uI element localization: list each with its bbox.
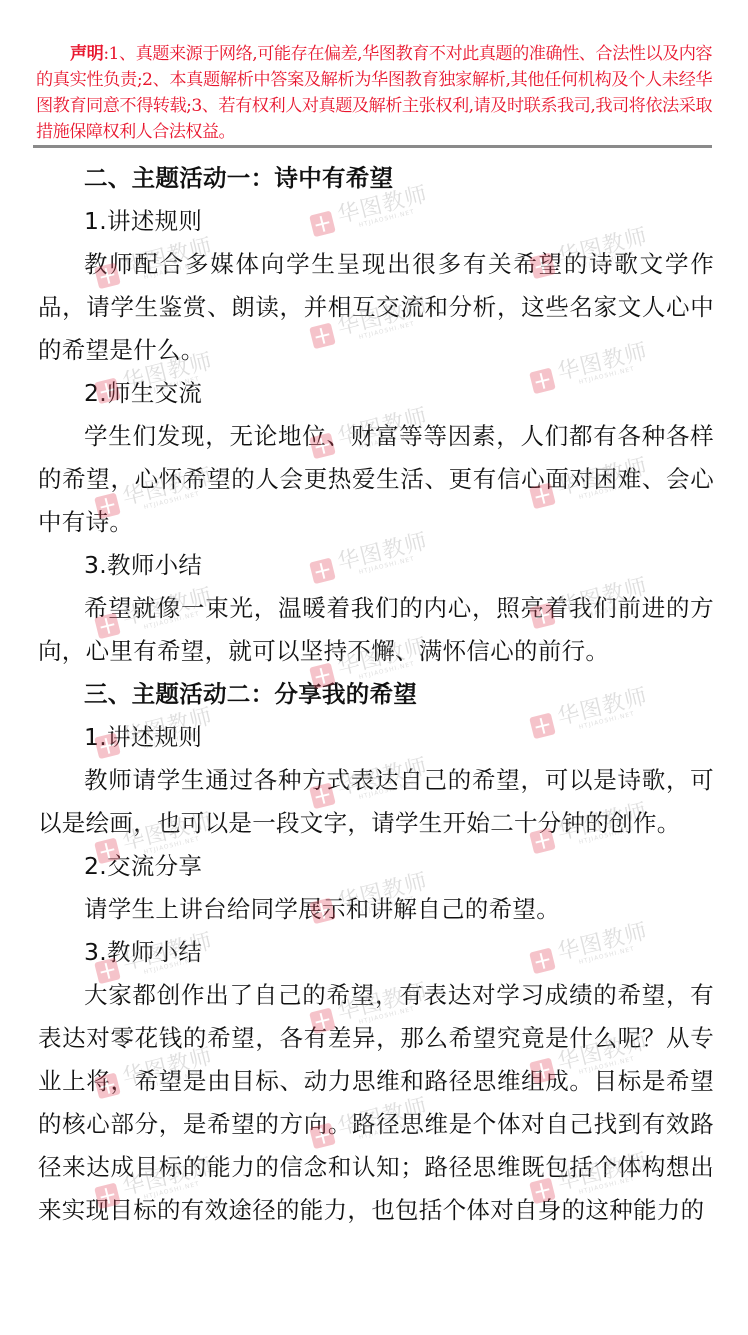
disclaimer-text: :1、真题来源于网络,可能存在偏差,华图教育不对此真题的准确性、合法性以及内容的… [36,44,712,142]
document-page: 声明:1、真题来源于网络,可能存在偏差,华图教育不对此真题的准确性、合法性以及内… [0,0,748,1335]
paragraph: 希望就像一束光，温暖着我们的内心，照亮着我们前进的方向，心里有希望，就可以坚持不… [38,587,714,673]
subheading: 1.讲述规则 [38,200,714,243]
paragraph: 学生们发现，无论地位、财富等等因素，人们都有各种各样的希望，心怀希望的人会更热爱… [38,415,714,544]
paragraph: 教师配合多媒体向学生呈现出很多有关希望的诗歌文学作品，请学生鉴赏、朗读，并相互交… [38,243,714,372]
subheading: 3.教师小结 [38,544,714,587]
paragraph: 教师请学生通过各种方式表达自己的希望，可以是诗歌，可以是绘画，也可以是一段文字，… [38,759,714,845]
header-divider [33,145,712,148]
disclaimer: 声明:1、真题来源于网络,可能存在偏差,华图教育不对此真题的准确性、合法性以及内… [36,41,712,145]
paragraph: 大家都创作出了自己的希望，有表达对学习成绩的希望，有表达对零花钱的希望，各有差异… [38,974,714,1232]
document-body: 二、主题活动一：诗中有希望 1.讲述规则 教师配合多媒体向学生呈现出很多有关希望… [38,157,714,1232]
subheading: 1.讲述规则 [38,716,714,759]
subheading: 2.交流分享 [38,845,714,888]
subheading: 2.师生交流 [38,372,714,415]
section-heading: 三、主题活动二：分享我的希望 [38,673,714,716]
section-heading: 二、主题活动一：诗中有希望 [38,157,714,200]
disclaimer-label: 声明 [70,44,103,64]
paragraph: 请学生上讲台给同学展示和讲解自己的希望。 [38,888,714,931]
subheading: 3.教师小结 [38,931,714,974]
